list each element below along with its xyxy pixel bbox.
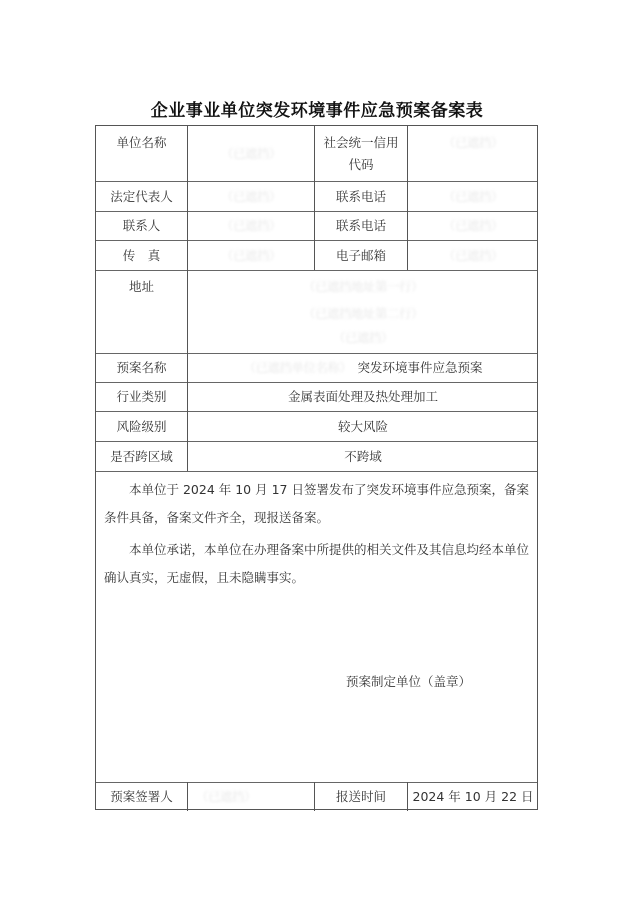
plan-name-label: 预案名称 (96, 354, 187, 382)
submit-time-label: 报送时间 (315, 783, 407, 811)
row-divider (96, 471, 537, 472)
unit-name-value: （已遮挡） (188, 130, 314, 178)
address-line-2: （已遮挡地址第二行） (188, 303, 538, 325)
contact-phone-value: （已遮挡） (408, 212, 538, 240)
legal-rep-phone-label: 联系电话 (315, 182, 407, 211)
seal-label: 预案制定单位（盖章） (346, 671, 496, 693)
risk-level-value: 较大风险 (188, 412, 538, 441)
signer-value: （已遮挡） (188, 783, 314, 811)
contact-label: 联系人 (96, 212, 187, 240)
unit-name-label: 单位名称 (96, 132, 187, 154)
credit-code-value: （已遮挡） (408, 132, 538, 154)
email-label: 电子邮箱 (315, 241, 407, 270)
legal-rep-phone-value: （已遮挡） (408, 182, 538, 211)
legal-rep-value: （已遮挡） (188, 182, 314, 211)
contact-value: （已遮挡） (188, 212, 314, 240)
risk-level-label: 风险级别 (96, 412, 187, 441)
page-title: 企业事业单位突发环境事件应急预案备案表 (0, 96, 634, 121)
email-value: （已遮挡） (408, 241, 538, 270)
cross-region-label: 是否跨区域 (96, 442, 187, 471)
address-line-1: （已遮挡地址第一行） (188, 276, 538, 298)
credit-code-label: 社会统一信用代码 (315, 130, 407, 178)
plan-name-unit: （已遮挡单位名称） (243, 357, 351, 379)
address-label: 地址 (96, 276, 187, 298)
industry-value: 金属表面处理及热处理加工 (188, 383, 538, 411)
signer-label: 预案签署人 (96, 783, 187, 811)
row-divider (96, 270, 537, 271)
cross-region-value: 不跨域 (188, 442, 538, 471)
address-line-3: （已遮挡） (188, 327, 538, 349)
fax-value: （已遮挡） (188, 241, 314, 270)
legal-rep-label: 法定代表人 (96, 182, 187, 211)
statement-paragraph-2: 本单位承诺，本单位在办理备案中所提供的相关文件及其信息均经本单位确认真实，无虚假… (104, 536, 529, 592)
filing-table: 单位名称 （已遮挡） 社会统一信用代码 （已遮挡） 法定代表人 （已遮挡） 联系… (95, 125, 538, 810)
contact-phone-label: 联系电话 (315, 212, 407, 240)
plan-name-value: （已遮挡单位名称） 突发环境事件应急预案 (188, 354, 538, 382)
fax-label: 传 真 (96, 241, 187, 270)
plan-name-suffix: 突发环境事件应急预案 (358, 357, 483, 379)
submit-time-value: 2024 年 10 月 22 日 (408, 783, 538, 811)
statement-paragraph-1: 本单位于 2024 年 10 月 17 日签署发布了突发环境事件应急预案，备案条… (104, 476, 529, 532)
industry-label: 行业类别 (96, 383, 187, 411)
